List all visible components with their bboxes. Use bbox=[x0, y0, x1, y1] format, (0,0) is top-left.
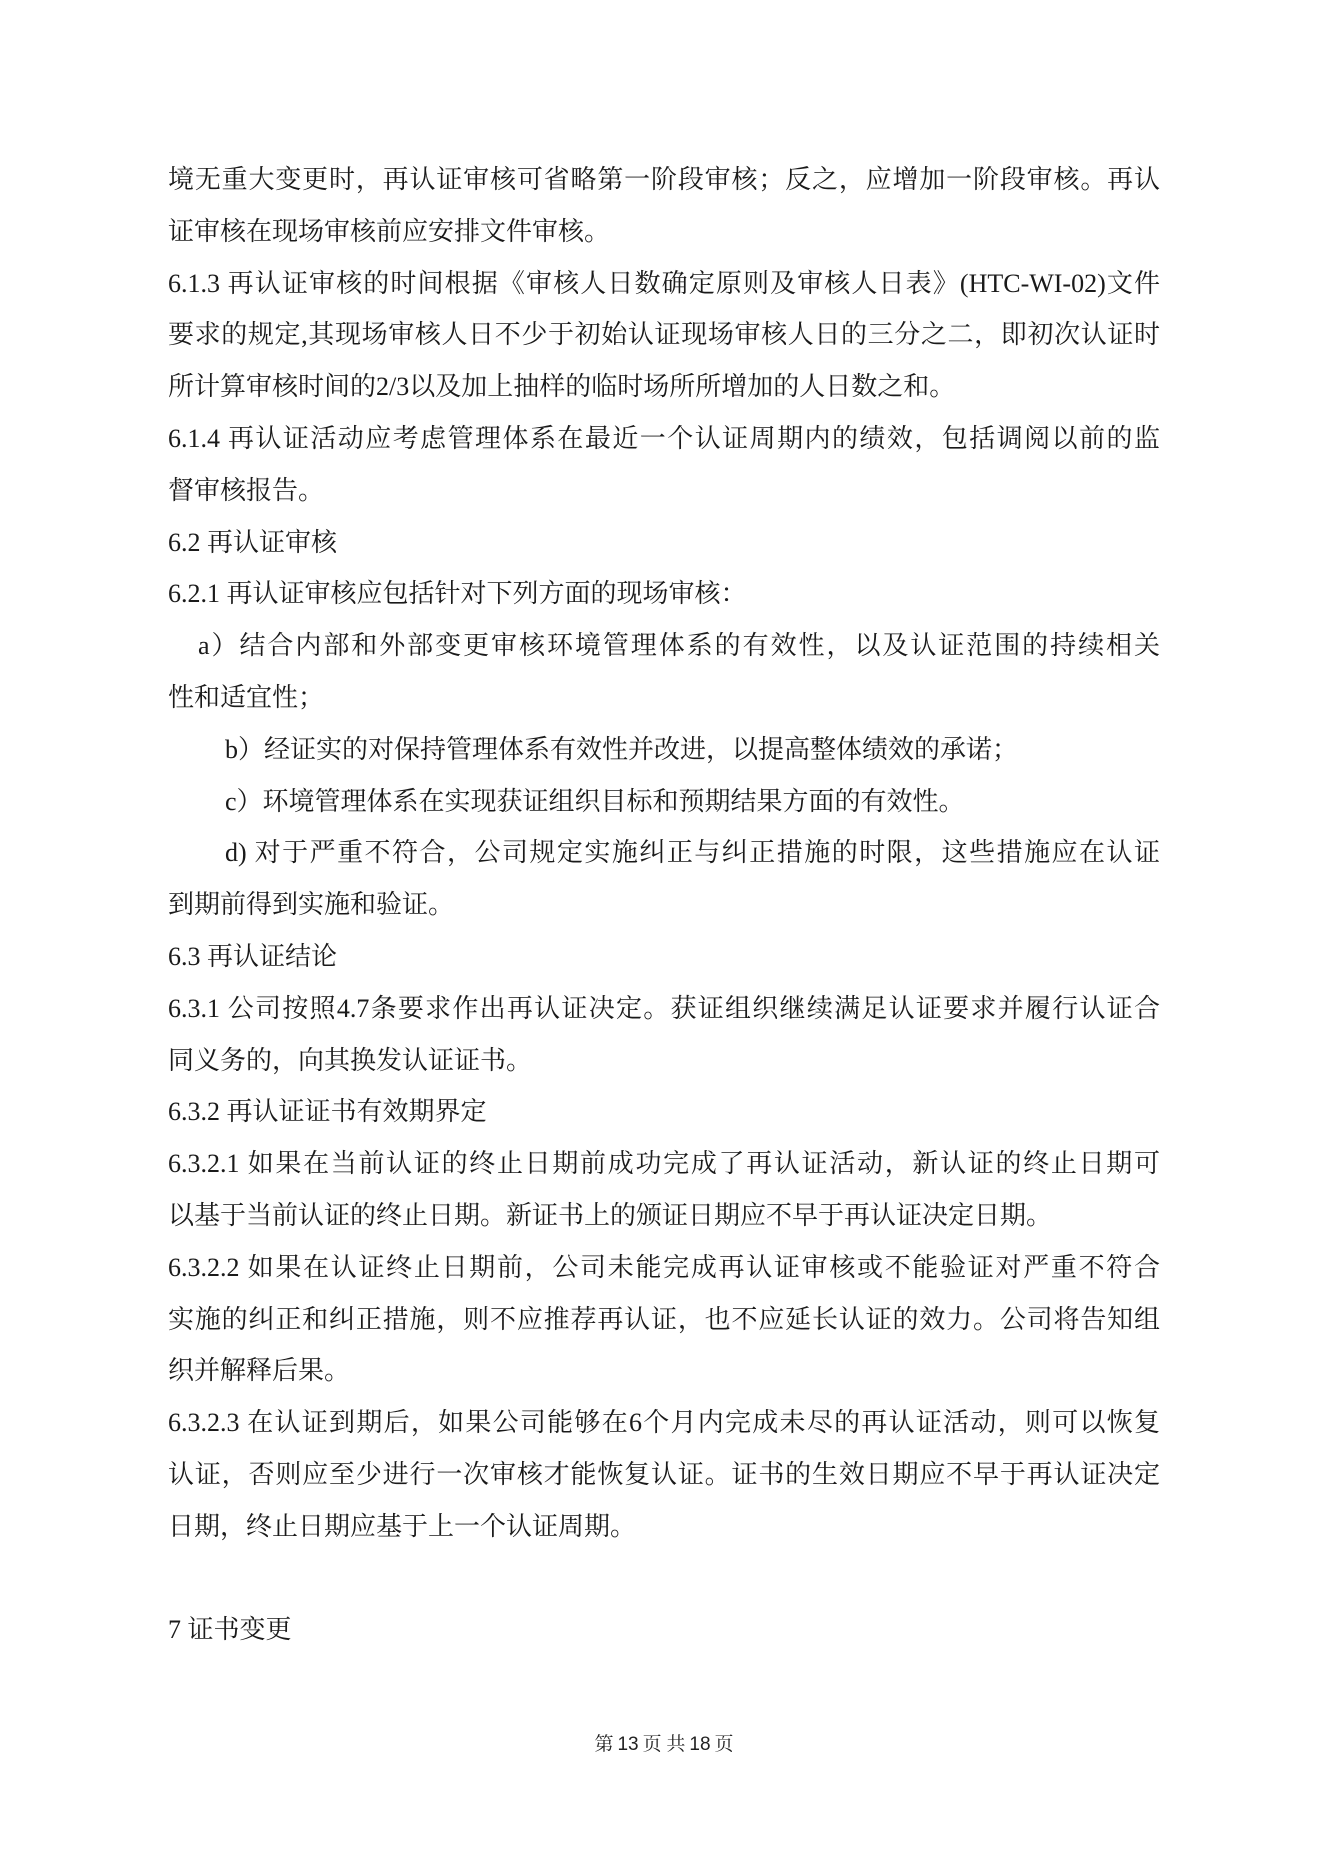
text-line: 督审核报告。 bbox=[168, 465, 1160, 517]
page-number-total: 18 bbox=[689, 1734, 710, 1755]
text-line: 日期，终止日期应基于上一个认证周期。 bbox=[168, 1501, 1160, 1553]
text-line: 认证，否则应至少进行一次审核才能恢复认证。证书的生效日期应不早于再认证决定 bbox=[168, 1449, 1160, 1501]
list-item-c: c）环境管理体系在实现获证组织目标和预期结果方面的有效性。 bbox=[168, 776, 1160, 828]
page-label-suffix: 页 bbox=[715, 1734, 734, 1755]
text-line: 到期前得到实施和验证。 bbox=[168, 879, 1160, 931]
document-page: 境无重大变更时，再认证审核可省略第一阶段审核；反之，应增加一阶段审核。再认 证审… bbox=[0, 0, 1323, 1871]
list-item-a: a）结合内部和外部变更审核环境管理体系的有效性，以及认证范围的持续相关 bbox=[168, 620, 1160, 672]
page-label-mid: 页 共 bbox=[643, 1734, 686, 1755]
text-line: 以基于当前认证的终止日期。新证书上的颁证日期应不早于再认证决定日期。 bbox=[168, 1190, 1160, 1242]
text-line: 证审核在现场审核前应安排文件审核。 bbox=[168, 206, 1160, 258]
text-line: 6.3.1 公司按照4.7条要求作出再认证决定。获证组织继续满足认证要求并履行认… bbox=[168, 983, 1160, 1035]
page-number-current: 13 bbox=[617, 1734, 638, 1755]
section-heading-6-3: 6.3 再认证结论 bbox=[168, 931, 1160, 983]
text-line: 6.3.2.1 如果在当前认证的终止日期前成功完成了再认证活动，新认证的终止日期… bbox=[168, 1138, 1160, 1190]
text-line: 6.2.1 再认证审核应包括针对下列方面的现场审核： bbox=[168, 568, 1160, 620]
text-line: 6.1.4 再认证活动应考虑管理体系在最近一个认证周期内的绩效，包括调阅以前的监 bbox=[168, 413, 1160, 465]
section-heading-6-3-2: 6.3.2 再认证证书有效期界定 bbox=[168, 1086, 1160, 1138]
text-line: 实施的纠正和纠正措施，则不应推荐再认证，也不应延长认证的效力。公司将告知组 bbox=[168, 1294, 1160, 1346]
page-label-prefix: 第 bbox=[594, 1734, 613, 1755]
section-heading-6-2: 6.2 再认证审核 bbox=[168, 517, 1160, 569]
text-line: 织并解释后果。 bbox=[168, 1345, 1160, 1397]
text-line: 境无重大变更时，再认证审核可省略第一阶段审核；反之，应增加一阶段审核。再认 bbox=[168, 154, 1160, 206]
text-line: 6.3.2.3 在认证到期后，如果公司能够在6个月内完成未尽的再认证活动，则可以… bbox=[168, 1397, 1160, 1449]
document-body: 境无重大变更时，再认证审核可省略第一阶段审核；反之，应增加一阶段审核。再认 证审… bbox=[168, 154, 1160, 1656]
page-footer: 第13页 共18页 bbox=[168, 1733, 1160, 1757]
text-line: 6.1.3 再认证审核的时间根据《审核人日数确定原则及审核人日表》(HTC-WI… bbox=[168, 258, 1160, 310]
text-line: 所计算审核时间的2/3以及加上抽样的临时场所所增加的人日数之和。 bbox=[168, 361, 1160, 413]
list-item-d: d) 对于严重不符合，公司规定实施纠正与纠正措施的时限，这些措施应在认证 bbox=[168, 827, 1160, 879]
text-line: 同义务的，向其换发认证证书。 bbox=[168, 1035, 1160, 1087]
text-line: 要求的规定,其现场审核人日不少于初始认证现场审核人日的三分之二，即初次认证时 bbox=[168, 309, 1160, 361]
text-line: 性和适宜性； bbox=[168, 672, 1160, 724]
text-line: 6.3.2.2 如果在认证终止日期前，公司未能完成再认证审核或不能验证对严重不符… bbox=[168, 1242, 1160, 1294]
section-heading-7: 7 证书变更 bbox=[168, 1604, 1160, 1656]
list-item-b: b）经证实的对保持管理体系有效性并改进，以提高整体绩效的承诺； bbox=[168, 724, 1160, 776]
